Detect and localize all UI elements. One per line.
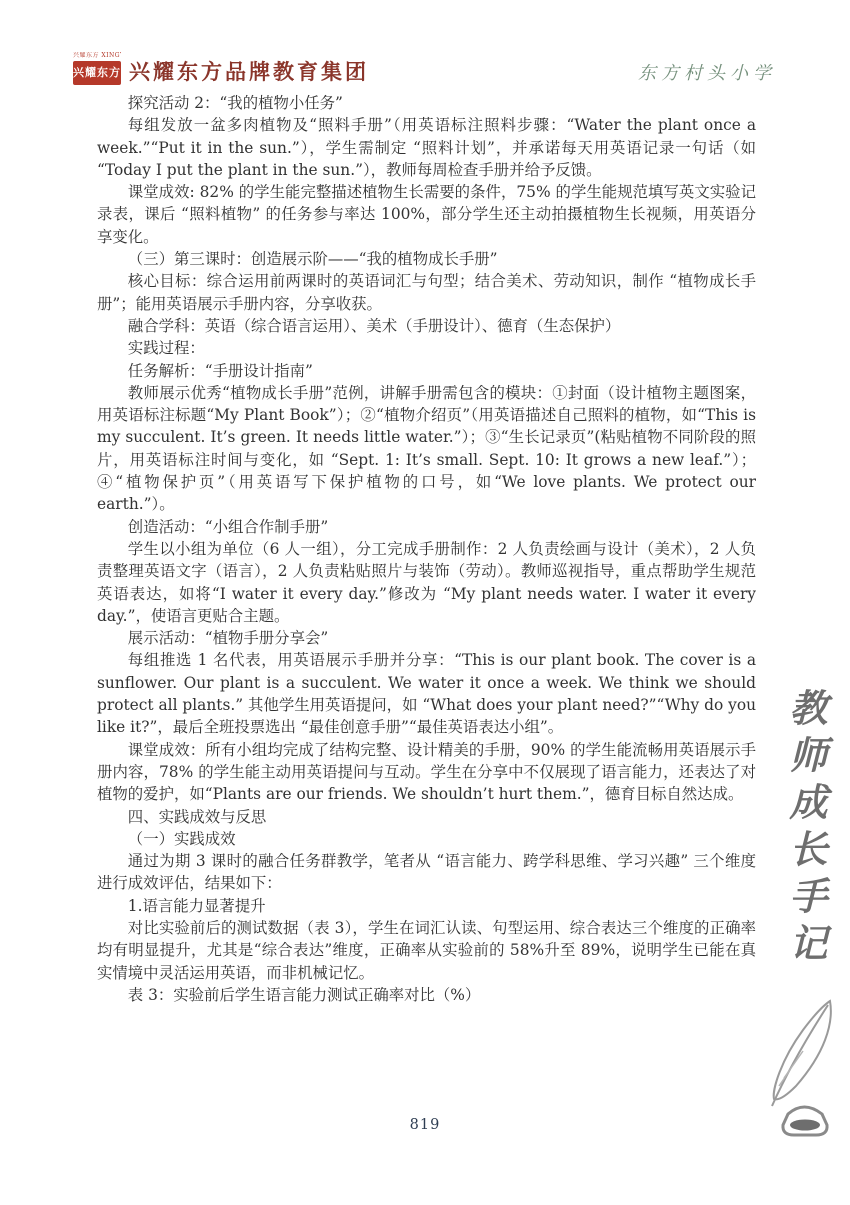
paragraph: 1.语言能力显著提升 xyxy=(97,895,756,917)
paragraph: 每组推选 1 名代表，用英语展示手册并分享：“This is our plant… xyxy=(97,649,756,738)
paragraph: 课堂成效：所有小组均完成了结构完整、设计精美的手册，90% 的学生能流畅用英语展… xyxy=(97,739,756,806)
paragraph: 课堂成效: 82% 的学生能完整描述植物生长需要的条件，75% 的学生能规范填写… xyxy=(97,181,756,248)
paragraph: 融合学科：英语（综合语言运用）、美术（手册设计）、德育（生态保护） xyxy=(97,315,756,337)
document-body: 探究活动 2：“我的植物小任务”每组发放一盆多肉植物及“照料手册”（用英语标注照… xyxy=(97,92,756,1006)
paragraph: 通过为期 3 课时的融合任务群教学，笔者从 “语言能力、跨学科思维、学习兴趣” … xyxy=(97,850,756,895)
paragraph: （三）第三课时：创造展示阶——“我的植物成长手册” xyxy=(97,248,756,270)
paragraph: 任务解析：“手册设计指南” xyxy=(97,360,756,382)
brand-title: 兴耀东方品牌教育集团 xyxy=(129,56,369,86)
logo-seal: 兴耀东方 xyxy=(73,61,121,85)
page-header: 兴耀东方 XINGYAO ® 兴耀东方 兴耀东方品牌教育集团 东方村头小学 xyxy=(73,50,790,92)
paragraph: （一）实践成效 xyxy=(97,828,756,850)
paragraph: 核心目标：综合运用前两课时的英语词汇与句型；结合美术、劳动知识，制作 “植物成长… xyxy=(97,270,756,315)
paragraph: 实践过程： xyxy=(97,337,756,359)
paragraph: 探究活动 2：“我的植物小任务” xyxy=(97,92,756,114)
paragraph: 表 3：实验前后学生语言能力测试正确率对比（%） xyxy=(97,984,756,1006)
paragraph: 展示活动：“植物手册分享会” xyxy=(97,627,756,649)
paragraph: 对比实验前后的测试数据（表 3），学生在词汇认读、句型运用、综合表达三个维度的正… xyxy=(97,917,756,984)
school-name: 东方村头小学 xyxy=(638,59,776,85)
paragraph: 每组发放一盆多肉植物及“照料手册”（用英语标注照料步骤：“Water the p… xyxy=(97,114,756,181)
brand-logo: 兴耀东方 XINGYAO ® 兴耀东方 xyxy=(73,52,121,90)
paragraph: 教师展示优秀“植物成长手册”范例，讲解手册需包含的模块：①封面（设计植物主题图案… xyxy=(97,382,756,516)
paragraph: 创造活动：“小组合作制手册” xyxy=(97,516,756,538)
document-page: { "header": { "logo_top": "兴耀东方 XINGYAO … xyxy=(0,0,850,1205)
page-number: 819 xyxy=(0,1117,850,1133)
paragraph: 四、实践成效与反思 xyxy=(97,806,756,828)
paragraph: 学生以小组为单位（6 人一组），分工完成手册制作：2 人负责绘画与设计（美术），… xyxy=(97,538,756,627)
logo-small-text: 兴耀东方 XINGYAO ® xyxy=(73,52,121,60)
calligraphy-watermark: 教师成长手记 xyxy=(782,688,828,978)
